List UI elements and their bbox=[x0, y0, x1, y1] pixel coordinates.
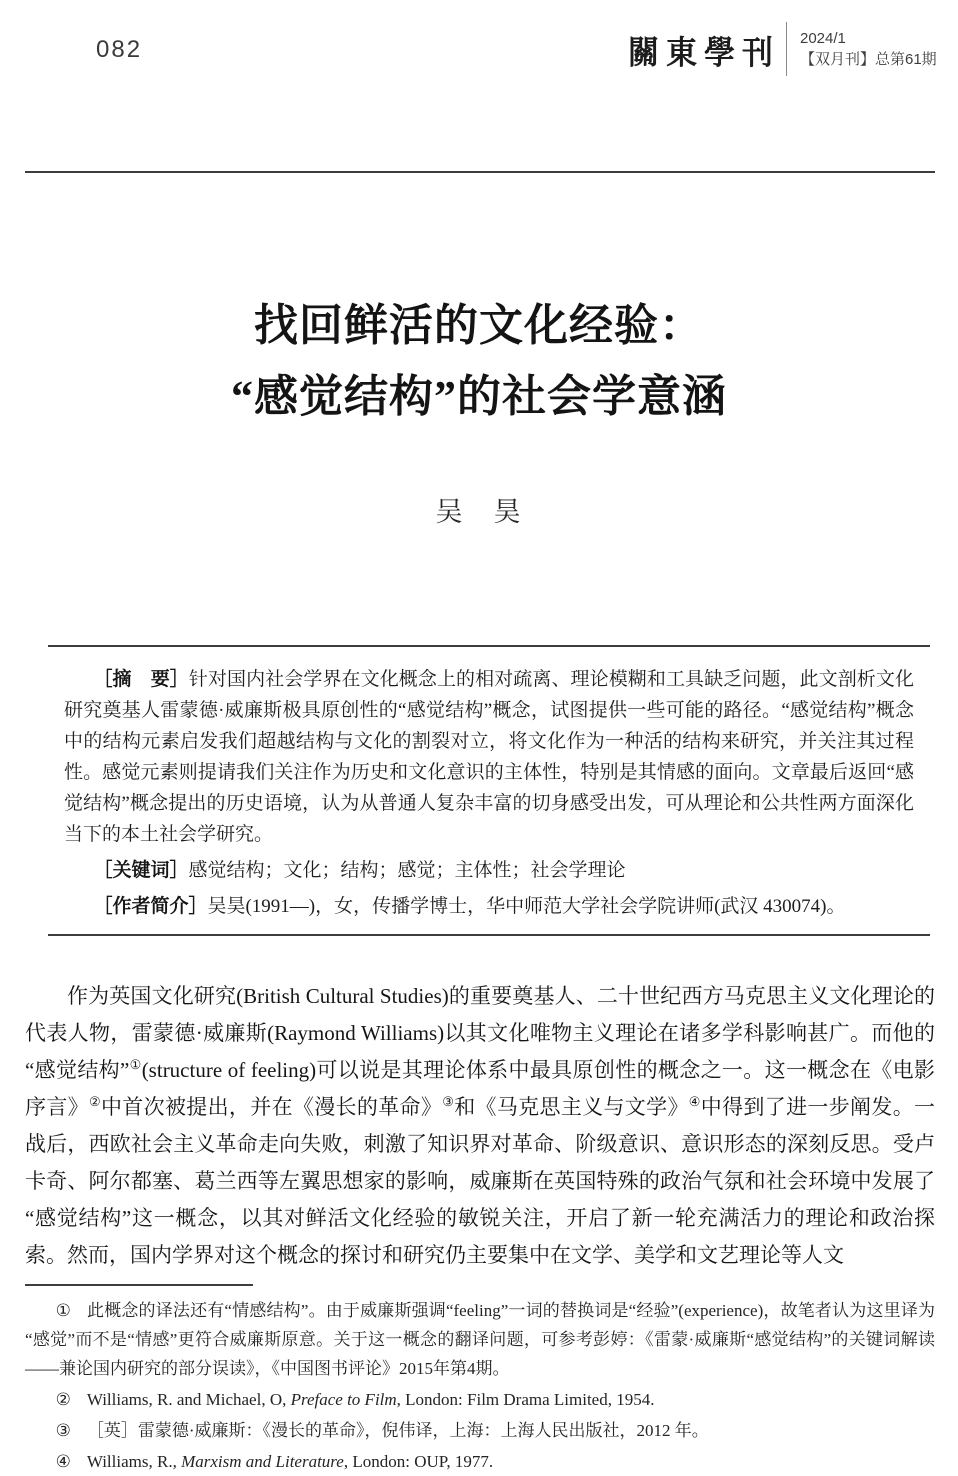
abstract-text: 针对国内社会学界在文化概念上的相对疏离、理论模糊和工具缺乏问题，此文剖析文化研究… bbox=[64, 669, 914, 845]
footnote-title-italic: Preface to Film bbox=[291, 1390, 397, 1409]
header-divider bbox=[786, 22, 787, 76]
keywords-text: 感觉结构；文化；结构；感觉；主体性；社会学理论 bbox=[188, 860, 625, 881]
footnote-item: ②Williams, R. and Michael, O, Preface to… bbox=[25, 1385, 935, 1414]
footnotes: ①此概念的译法还有“情感结构”。由于威廉斯强调“feeling”一词的替换词是“… bbox=[25, 1296, 935, 1476]
body-text-segment: 中得到了进一步阐发。一战后，西欧社会主义革命走向失败，刺激了知识界对革命、阶级意… bbox=[25, 1095, 935, 1267]
footnote-marker: ① bbox=[56, 1301, 71, 1320]
footnote-ref: ③ bbox=[442, 1094, 454, 1109]
footnote-marker: ④ bbox=[56, 1452, 71, 1471]
footnote-item: ③［英］雷蒙德·威廉斯：《漫长的革命》，倪伟译，上海：上海人民出版社，2012 … bbox=[25, 1416, 935, 1445]
title-line-1: 找回鲜活的文化经验： bbox=[254, 301, 704, 350]
page-number: 082 bbox=[96, 36, 142, 64]
footnote-separator bbox=[25, 1284, 253, 1286]
abstract-box: ［摘 要］针对国内社会学界在文化概念上的相对疏离、理论模糊和工具缺乏问题，此文剖… bbox=[48, 645, 930, 936]
footnote-text: , London: OUP, 1977. bbox=[344, 1452, 493, 1471]
issue-info: 2024/1 【双月刊】总第61期 bbox=[800, 28, 937, 70]
abstract-paragraph: ［摘 要］针对国内社会学界在文化概念上的相对疏离、理论模糊和工具缺乏问题，此文剖… bbox=[64, 664, 914, 850]
footnote-text: Williams, R. and Michael, O, bbox=[87, 1390, 291, 1409]
footnote-text: 此概念的译法还有“情感结构”。由于威廉斯强调“feeling”一词的替换词是“经… bbox=[25, 1301, 935, 1378]
author-bio-text: 吴昊(1991—)，女，传播学博士，华中师范大学社会学院讲师(武汉 430074… bbox=[207, 896, 845, 917]
footnote-marker: ② bbox=[56, 1390, 71, 1409]
footnote-ref: ④ bbox=[689, 1094, 701, 1109]
footnote-ref: ② bbox=[89, 1094, 101, 1109]
body-text-segment: 中首次被提出，并在《漫长的革命》 bbox=[101, 1095, 442, 1119]
keywords-label: ［关键词］ bbox=[93, 860, 188, 881]
journal-name: 關東學刊 bbox=[628, 25, 780, 72]
article-title: 找回鲜活的文化经验：“感觉结构”的社会学意涵 bbox=[0, 290, 958, 432]
author-bio-line: ［作者简介］吴昊(1991—)，女，传播学博士，华中师范大学社会学院讲师(武汉 … bbox=[64, 891, 914, 922]
footnote-text: ［英］雷蒙德·威廉斯：《漫长的革命》，倪伟译，上海：上海人民出版社，2012 年… bbox=[87, 1421, 709, 1440]
footnote-item: ④Williams, R., Marxism and Literature, L… bbox=[25, 1447, 935, 1476]
body-paragraph: 作为英国文化研究(British Cultural Studies)的重要奠基人… bbox=[25, 978, 935, 1274]
article-author: 吴 昊 bbox=[0, 490, 958, 529]
author-bio-label: ［作者简介］ bbox=[93, 896, 207, 917]
keywords-line: ［关键词］感觉结构；文化；结构；感觉；主体性；社会学理论 bbox=[64, 855, 914, 886]
body-text-segment: 和《马克思主义与文学》 bbox=[454, 1095, 689, 1119]
footnote-title-italic: Marxism and Literature bbox=[181, 1452, 344, 1471]
journal-masthead: 關東學刊 2024/1 【双月刊】总第61期 bbox=[628, 22, 937, 76]
footnote-text: Williams, R., bbox=[87, 1452, 181, 1471]
abstract-label: ［摘 要］ bbox=[93, 669, 188, 690]
footnote-text: , London: Film Drama Limited, 1954. bbox=[397, 1390, 655, 1409]
title-line-2: “感觉结构”的社会学意涵 bbox=[231, 372, 727, 421]
issue-number: 2024/1 bbox=[800, 28, 937, 49]
footnote-item: ①此概念的译法还有“情感结构”。由于威廉斯强调“feeling”一词的替换词是“… bbox=[25, 1296, 935, 1383]
issue-volume: 【双月刊】总第61期 bbox=[800, 49, 937, 70]
header-rule bbox=[25, 171, 935, 173]
footnote-marker: ③ bbox=[56, 1421, 71, 1440]
footnote-ref: ① bbox=[129, 1057, 141, 1072]
